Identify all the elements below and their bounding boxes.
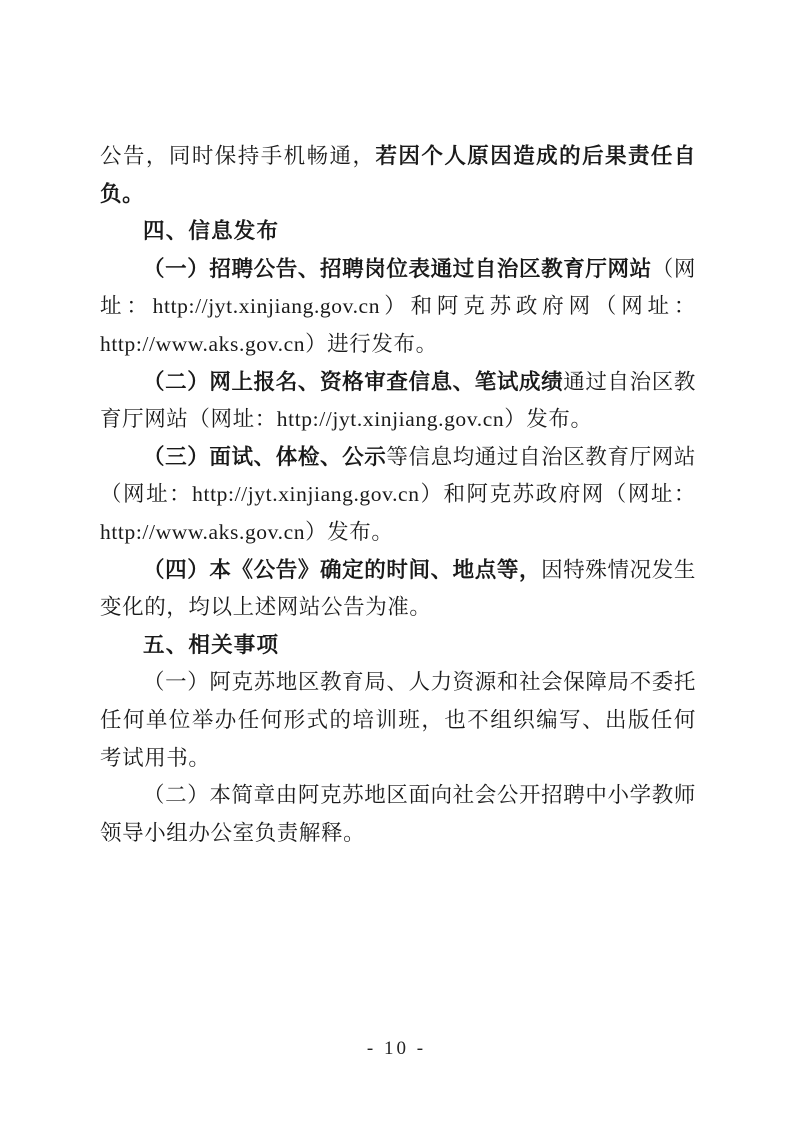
section-heading-5: 五、相关事项	[100, 627, 696, 665]
document-page: 公告，同时保持手机畅通，若因个人原因造成的后果责任自负。 四、信息发布 （一）招…	[0, 0, 793, 1122]
paragraph-text: （二）本简章由阿克苏地区面向社会公开招聘中小学教师领导小组办公室负责解释。	[100, 783, 696, 845]
document-body: 公告，同时保持手机畅通，若因个人原因造成的后果责任自负。 四、信息发布 （一）招…	[100, 138, 696, 852]
paragraph-text-emphasis: （二）网上报名、资格审查信息、笔试成绩	[143, 370, 563, 394]
paragraph-text-emphasis: （三）面试、体检、公示	[143, 445, 386, 469]
paragraph-4-item-3: （三）面试、体检、公示等信息均通过自治区教育厅网站（网址：http://jyt.…	[100, 439, 696, 552]
paragraph-4-item-1: （一）招聘公告、招聘岗位表通过自治区教育厅网站（网址：http://jyt.xi…	[100, 251, 696, 364]
page-footer: - 10 -	[0, 1038, 793, 1060]
paragraph-continuation: 公告，同时保持手机畅通，若因个人原因造成的后果责任自负。	[100, 138, 696, 213]
page-number: - 10 -	[367, 1038, 426, 1059]
paragraph-text: （一）阿克苏地区教育局、人力资源和社会保障局不委托任何单位举办任何形式的培训班，…	[100, 670, 696, 769]
paragraph-4-item-2: （二）网上报名、资格审查信息、笔试成绩通过自治区教育厅网站（网址：http://…	[100, 364, 696, 439]
section-heading-text: 五、相关事项	[143, 633, 279, 657]
paragraph-4-item-4: （四）本《公告》确定的时间、地点等，因特殊情况发生变化的，均以上述网站公告为准。	[100, 552, 696, 627]
paragraph-text-emphasis: （四）本《公告》确定的时间、地点等，	[143, 558, 541, 582]
paragraph-text-emphasis: （一）招聘公告、招聘岗位表通过自治区教育厅网站	[143, 257, 652, 281]
paragraph-5-item-2: （二）本简章由阿克苏地区面向社会公开招聘中小学教师领导小组办公室负责解释。	[100, 777, 696, 852]
paragraph-text: 公告，同时保持手机畅通，	[100, 144, 375, 168]
section-heading-4: 四、信息发布	[100, 213, 696, 251]
section-heading-text: 四、信息发布	[143, 219, 279, 243]
paragraph-5-item-1: （一）阿克苏地区教育局、人力资源和社会保障局不委托任何单位举办任何形式的培训班，…	[100, 664, 696, 777]
